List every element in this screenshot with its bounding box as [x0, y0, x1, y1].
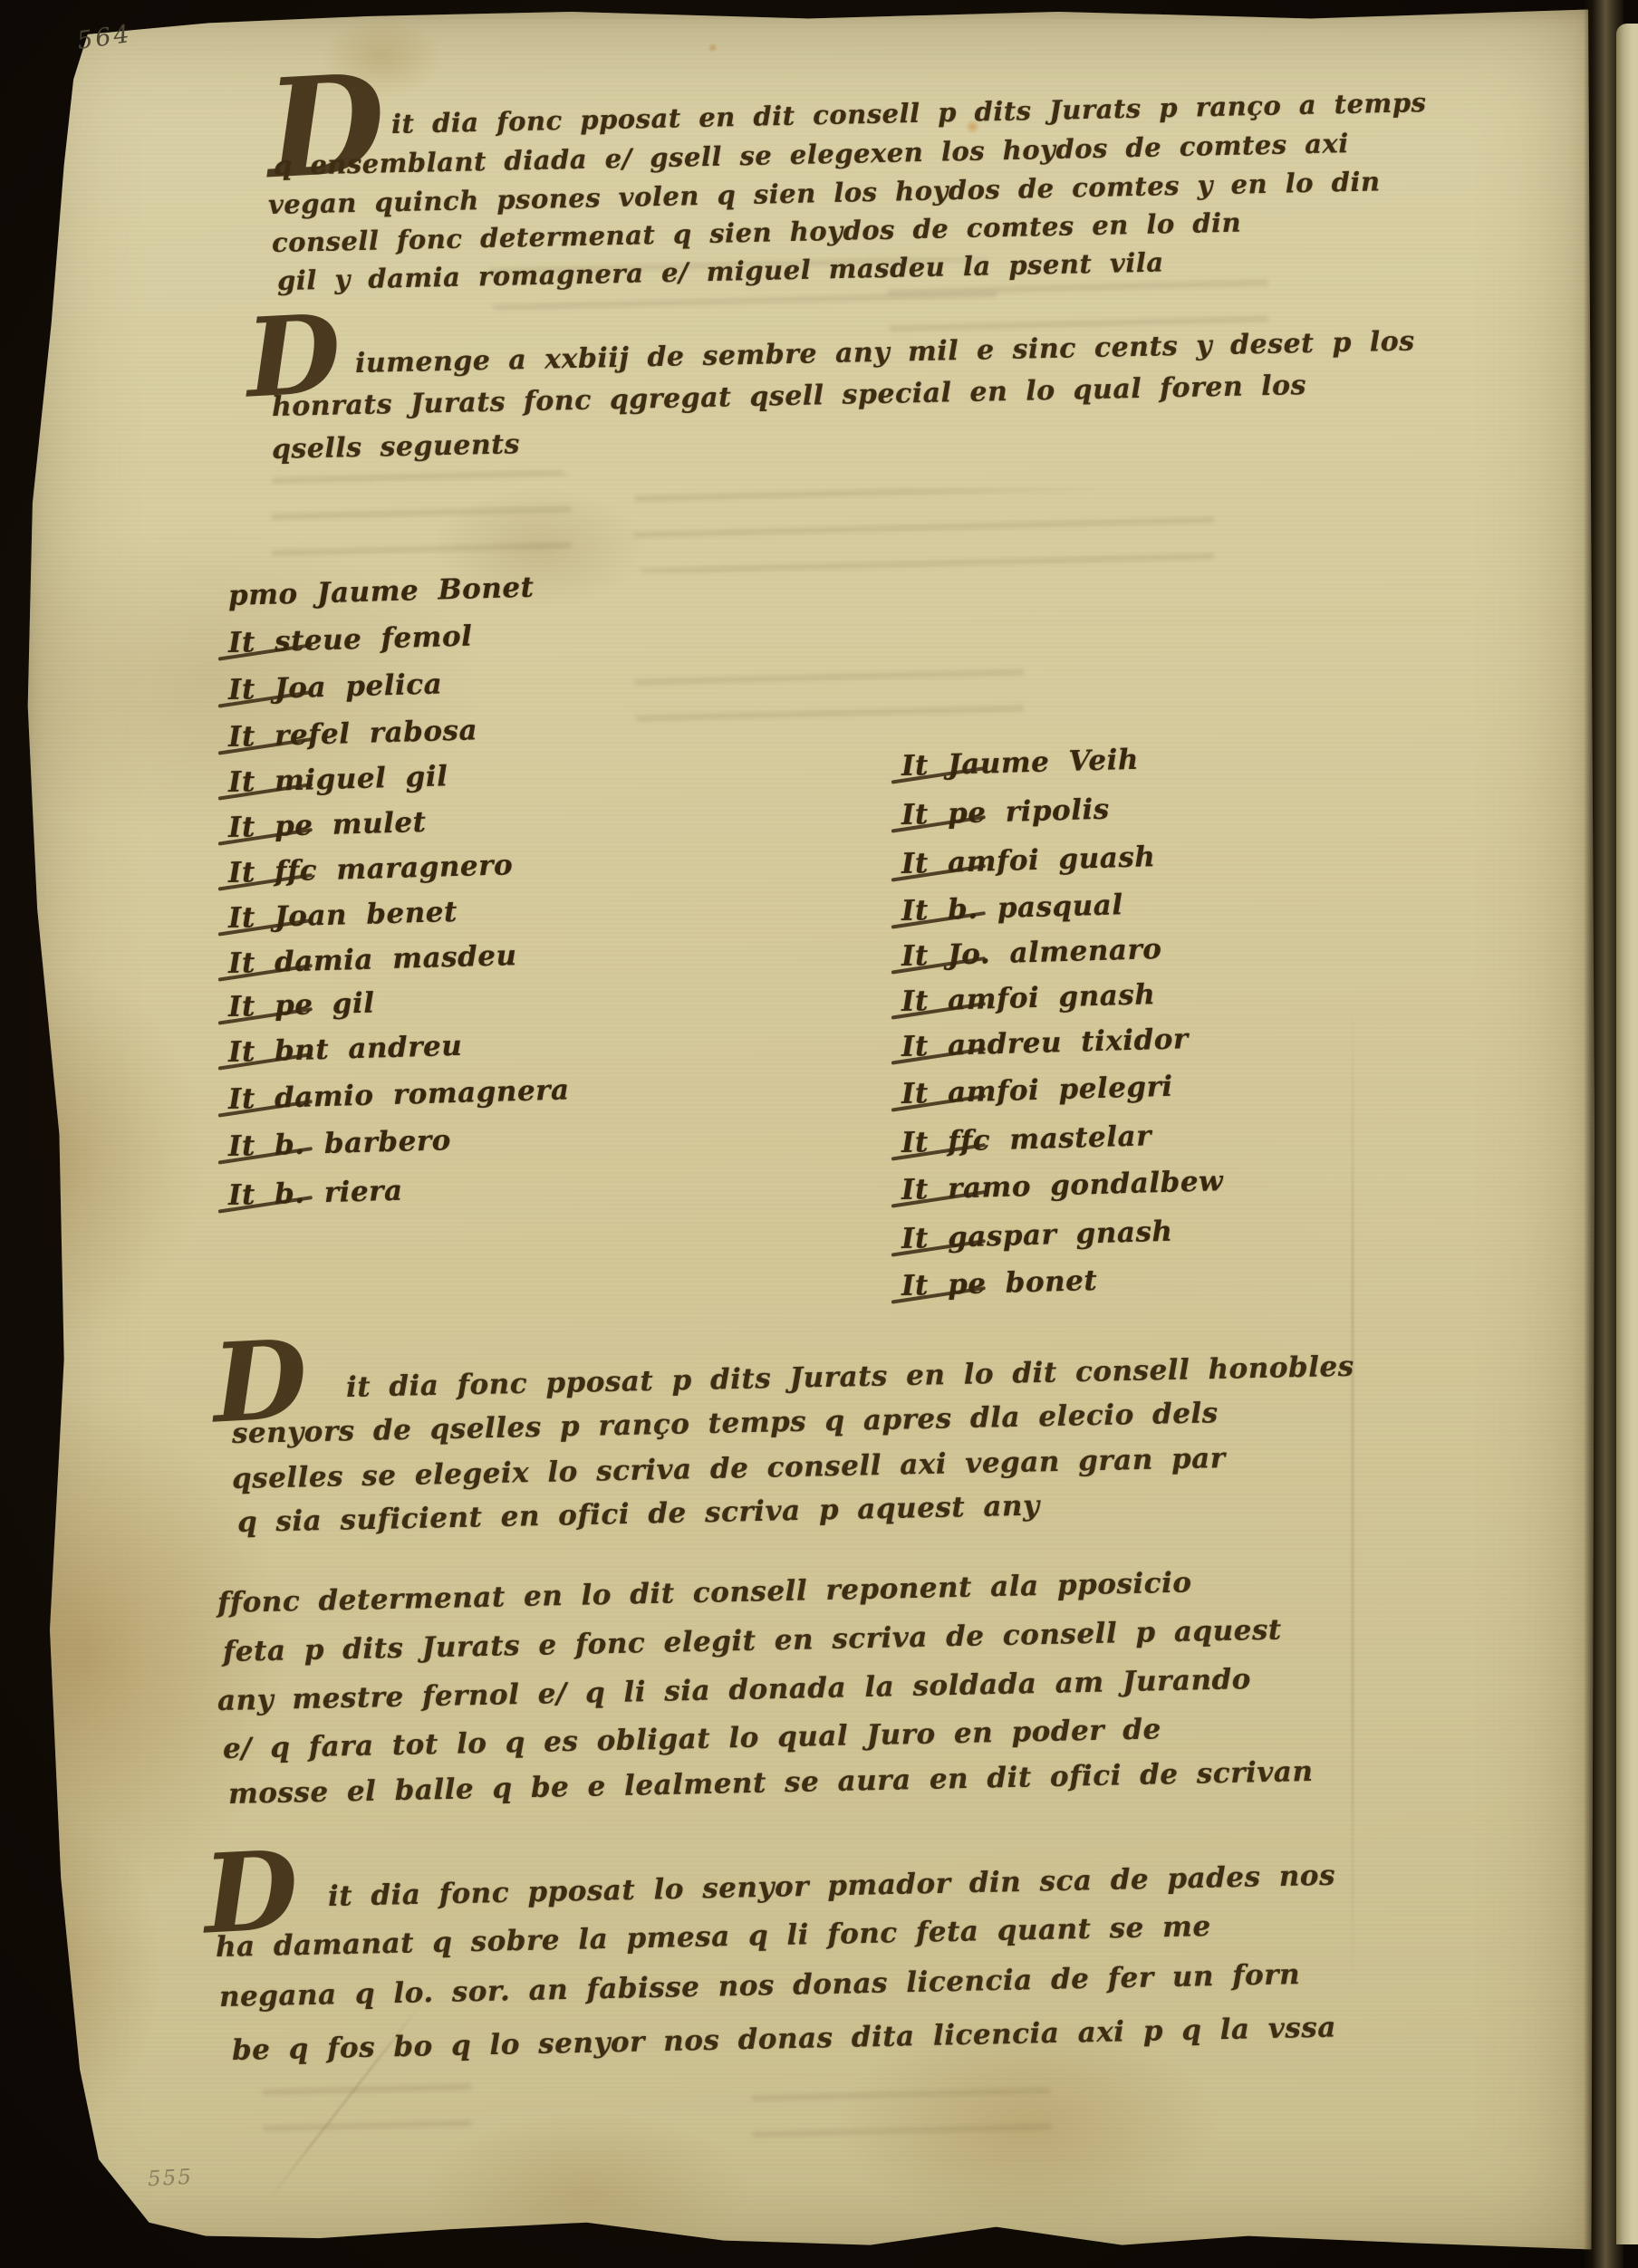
council-member-name: It pe bonet [901, 1264, 1097, 1302]
council-member-row: It Jaume Veih [901, 744, 1139, 783]
council-member-row: It b. barbero [227, 1124, 451, 1163]
initial-capital: D [245, 311, 343, 402]
council-member-row: It Joan benet [227, 896, 458, 935]
manuscript-scan: 564 555 D it dia fonc pposat en dit cons… [0, 0, 1638, 2268]
initial-capital: D [202, 1847, 301, 1938]
facing-page-edge [1616, 24, 1638, 2244]
council-member-row: It b. riera [227, 1175, 403, 1212]
council-member-name: It b. barbero [227, 1124, 451, 1163]
council-member-row: It ffc mastelar [901, 1120, 1151, 1159]
council-member-name: It steue femol [227, 620, 472, 659]
council-member-row: It b. pasqual [901, 889, 1123, 927]
initial-capital: D [211, 1336, 310, 1427]
manuscript-line: qsells seguents [272, 428, 521, 466]
council-member-name: It pe gil [227, 986, 374, 1023]
council-member-name: It ffc mastelar [901, 1120, 1151, 1159]
council-member-row: It pe gil [227, 986, 374, 1023]
council-member-row: It miguel gil [227, 760, 448, 799]
folio-number-faint: 555 [147, 2166, 193, 2192]
council-member-row: It refel rabosa [227, 714, 477, 754]
council-member-row: It bnt andreu [227, 1030, 462, 1069]
council-member-name: It Jaume Veih [901, 744, 1139, 783]
council-member-name: It Joan benet [227, 896, 458, 935]
council-member-name: It pe mulet [227, 806, 426, 844]
council-member-row: It pe mulet [227, 806, 426, 844]
council-member-row: It pe ripolis [901, 793, 1110, 831]
council-member-name: It refel rabosa [227, 714, 477, 754]
council-member-name: It pe ripolis [901, 793, 1110, 831]
council-member-row: It pe bonet [901, 1264, 1097, 1302]
council-member-name: It b. riera [227, 1175, 403, 1212]
council-member-name: It bnt andreu [227, 1030, 462, 1069]
council-member-row: It steue femol [227, 620, 472, 659]
council-member-row: It Joa pelica [227, 668, 442, 706]
council-member-name: It b. pasqual [901, 889, 1123, 927]
council-member-name: It Joa pelica [227, 668, 442, 706]
council-member-name: It miguel gil [227, 760, 448, 799]
